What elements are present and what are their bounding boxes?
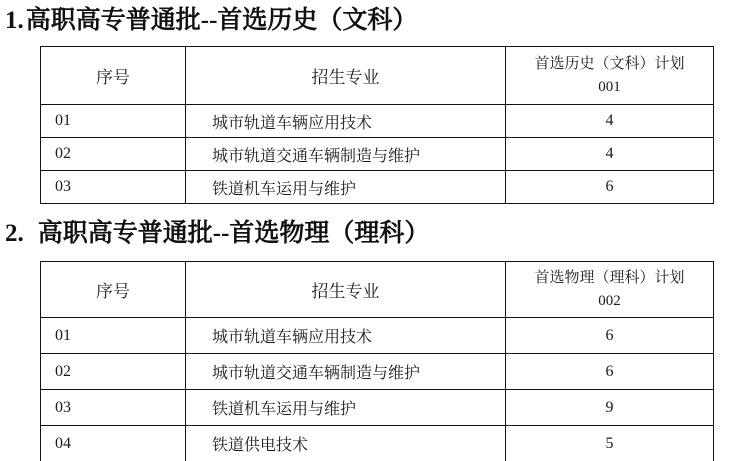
header-cell-seq: 序号 [41, 262, 186, 318]
heading-number: 2. [5, 219, 24, 249]
cell-plan: 6 [506, 318, 714, 354]
header-cell-major: 招生专业 [186, 262, 506, 318]
heading-title: 高职高专普通批--首选历史（文科） [26, 7, 418, 34]
cell-seq: 01 [41, 318, 186, 354]
cell-major: 城市轨道车辆应用技术 [186, 318, 506, 354]
header-cell-seq: 序号 [41, 47, 186, 105]
header-plan-line1: 首选物理（理科）计划 [507, 267, 712, 290]
cell-seq: 03 [41, 390, 186, 426]
table-row: 01 城市轨道车辆应用技术 6 [41, 318, 714, 354]
cell-seq: 02 [41, 138, 186, 171]
cell-seq: 01 [41, 105, 186, 138]
plan-table-history: 序号 招生专业 首选历史（文科）计划 001 01 城市轨道车辆应用技术 4 0… [40, 46, 714, 204]
section-history: 1.高职高专普通批--首选历史（文科） 序号 招生专业 首选历史（文科）计划 0… [0, 6, 741, 204]
table-header-row: 序号 招生专业 首选物理（理科）计划 002 [41, 262, 714, 318]
cell-plan: 6 [506, 171, 714, 204]
table-row: 04 铁道供电技术 5 [41, 426, 714, 461]
cell-plan: 6 [506, 354, 714, 390]
header-cell-plan: 首选物理（理科）计划 002 [506, 262, 714, 318]
cell-major: 城市轨道车辆应用技术 [186, 105, 506, 138]
table-row: 03 铁道机车运用与维护 9 [41, 390, 714, 426]
cell-seq: 02 [41, 354, 186, 390]
cell-major: 城市轨道交通车辆制造与维护 [186, 354, 506, 390]
table-header-row: 序号 招生专业 首选历史（文科）计划 001 [41, 47, 714, 105]
cell-major: 城市轨道交通车辆制造与维护 [186, 138, 506, 171]
cell-plan: 9 [506, 390, 714, 426]
header-plan-code: 002 [507, 290, 712, 313]
heading-number: 1. [5, 6, 24, 36]
table-row: 01 城市轨道车辆应用技术 4 [41, 105, 714, 138]
cell-seq: 03 [41, 171, 186, 204]
heading-title: 高职高专普通批--首选物理（理科） [38, 220, 430, 247]
document-page: 1.高职高专普通批--首选历史（文科） 序号 招生专业 首选历史（文科）计划 0… [0, 0, 741, 461]
header-plan-line1: 首选历史（文科）计划 [507, 53, 712, 76]
section-heading-history: 1.高职高专普通批--首选历史（文科） [5, 6, 741, 36]
table-row: 02 城市轨道交通车辆制造与维护 6 [41, 354, 714, 390]
header-cell-major: 招生专业 [186, 47, 506, 105]
cell-plan: 4 [506, 138, 714, 171]
table-row: 02 城市轨道交通车辆制造与维护 4 [41, 138, 714, 171]
cell-major: 铁道供电技术 [186, 426, 506, 461]
cell-major: 铁道机车运用与维护 [186, 390, 506, 426]
section-physics: 2.高职高专普通批--首选物理（理科） 序号 招生专业 首选物理（理科）计划 0… [0, 219, 741, 461]
cell-seq: 04 [41, 426, 186, 461]
cell-plan: 4 [506, 105, 714, 138]
plan-table-physics: 序号 招生专业 首选物理（理科）计划 002 01 城市轨道车辆应用技术 6 0… [40, 261, 714, 461]
table-row: 03 铁道机车运用与维护 6 [41, 171, 714, 204]
section-heading-physics: 2.高职高专普通批--首选物理（理科） [5, 219, 741, 249]
cell-plan: 5 [506, 426, 714, 461]
header-cell-plan: 首选历史（文科）计划 001 [506, 47, 714, 105]
cell-major: 铁道机车运用与维护 [186, 171, 506, 204]
header-plan-code: 001 [507, 76, 712, 99]
